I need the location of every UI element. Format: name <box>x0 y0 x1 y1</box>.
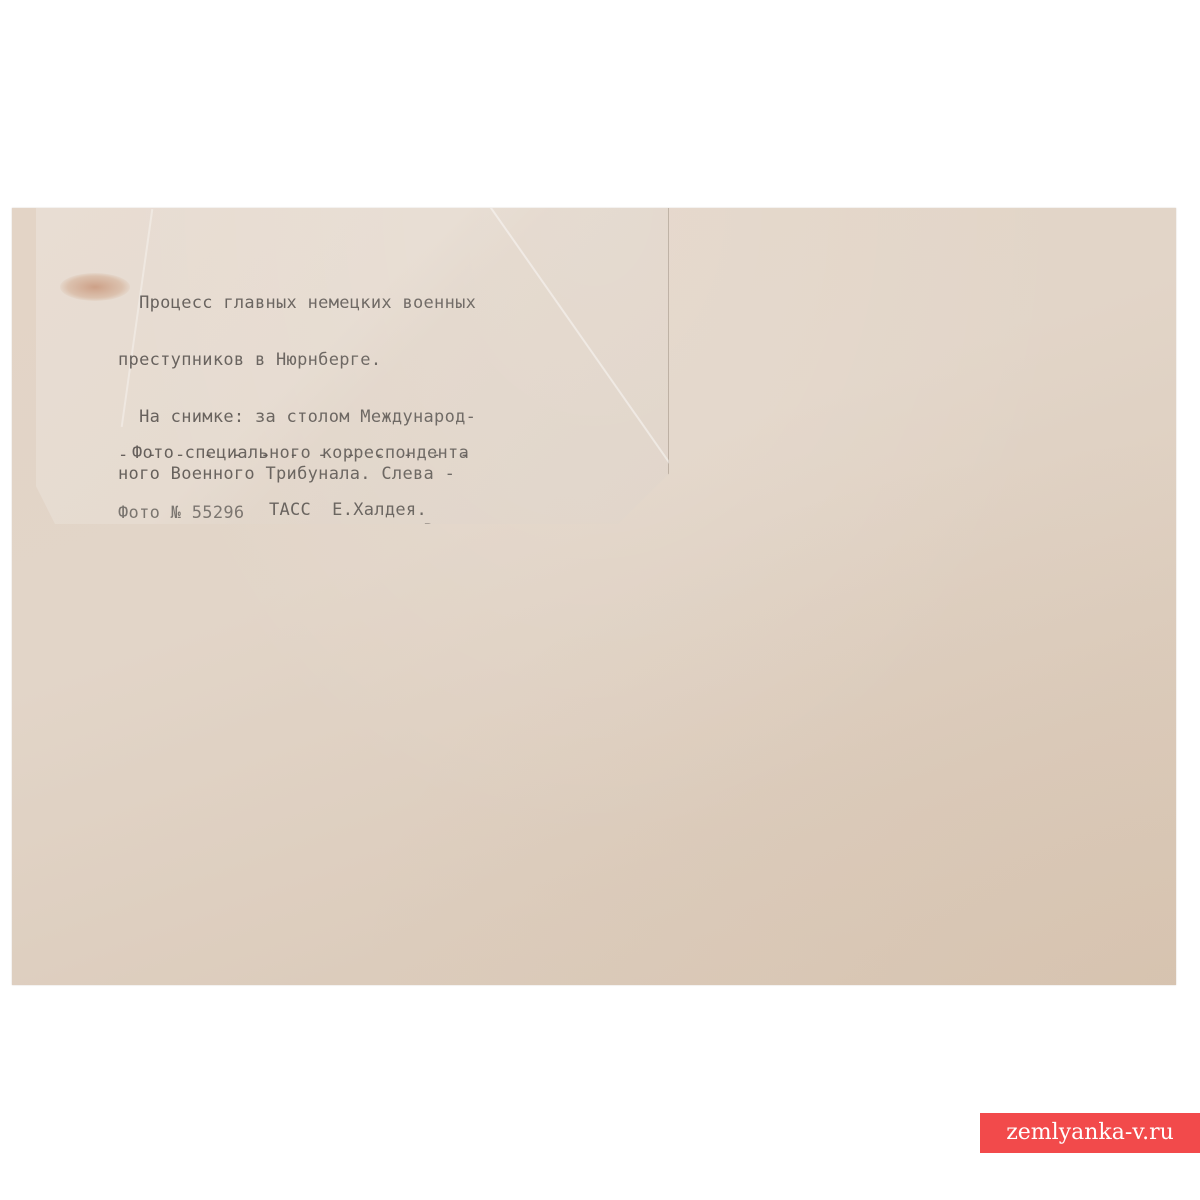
separator-dashes: - - - - - - - - - - - - - <box>118 446 474 465</box>
meta-line: Фото № 55296 <box>118 504 308 523</box>
meta-line: 7/XII-45г.,ред.Ган <box>118 561 308 580</box>
typed-label: Процесс главных немецких военных преступ… <box>36 208 669 524</box>
photo-back-paper: Процесс главных немецких военных преступ… <box>12 208 1176 985</box>
photo-number-meta: Фото № 55296 7/XII-45г.,ред.Ган <box>118 466 308 618</box>
label-fold-crease <box>476 187 719 532</box>
caption-line: Процесс главных немецких военных <box>118 294 497 313</box>
caption-line: советские судьи подполковник Волчков <box>118 522 497 541</box>
caption-line: и генерал-майор юстиции Никитченко. <box>118 579 497 598</box>
watermark-badge: zemlyanka-v.ru <box>980 1113 1200 1153</box>
caption-line: преступников в Нюрнберге. <box>118 351 497 370</box>
